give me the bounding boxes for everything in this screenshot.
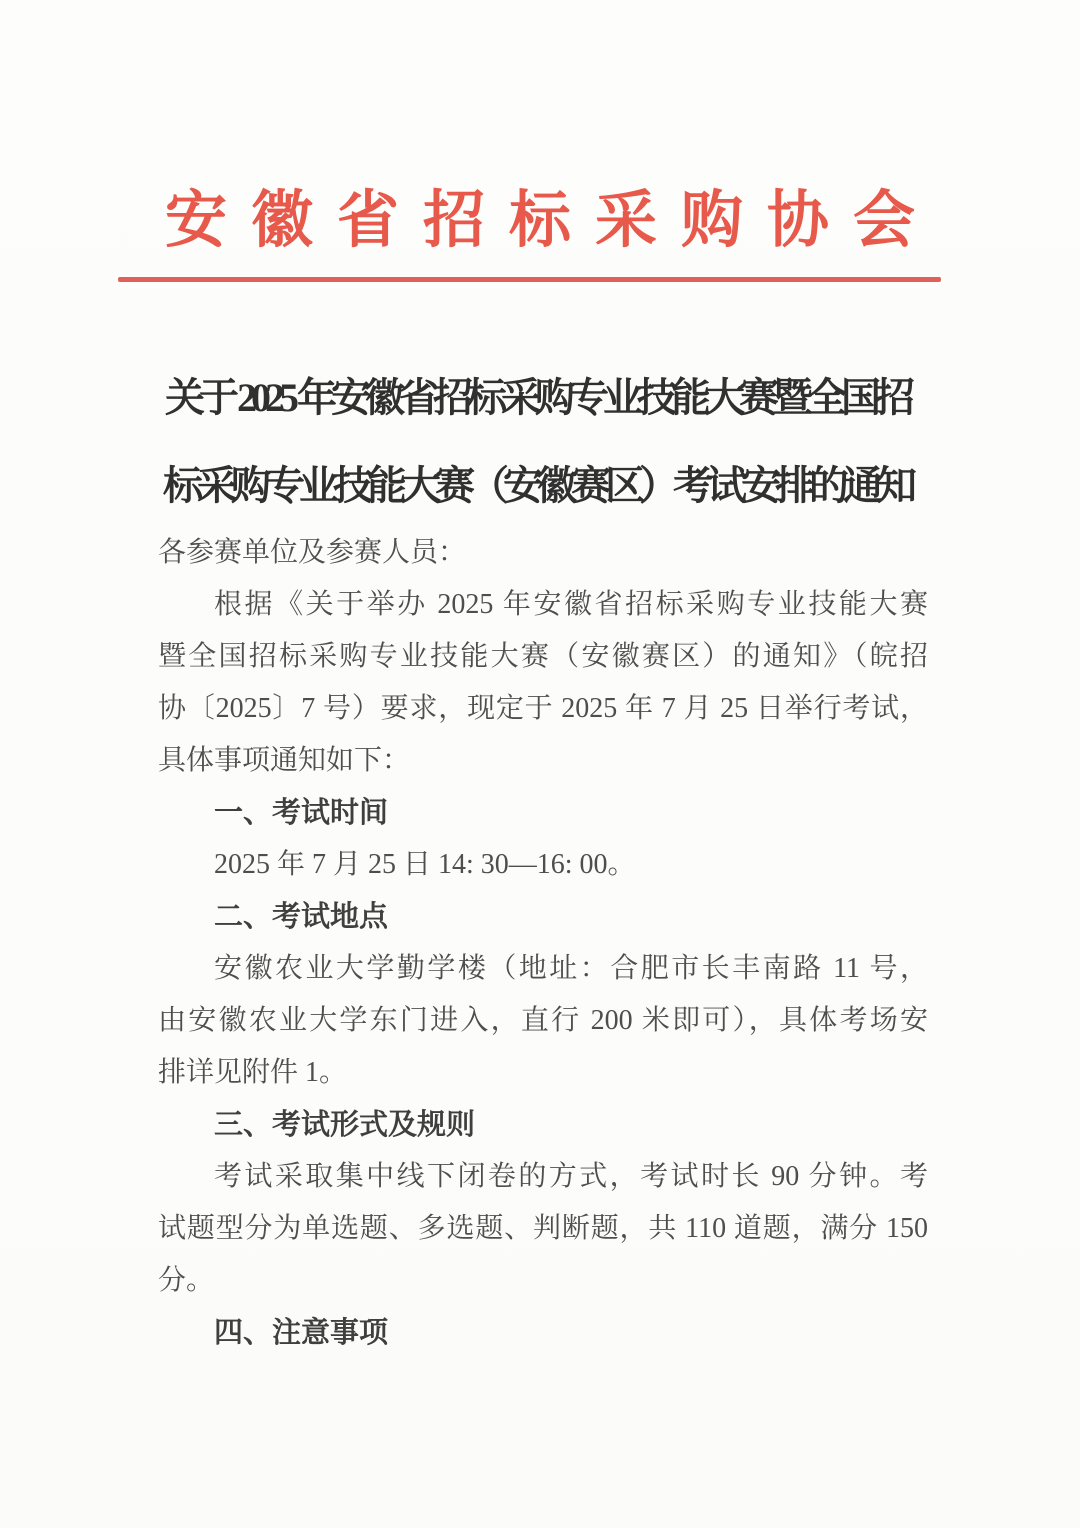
org-name-header: 安徽省招标采购协会 xyxy=(0,186,1080,256)
section-heading-exam-format: 三、考试形式及规则 xyxy=(158,1099,928,1151)
document-page: 安徽省招标采购协会 关于 2025 年安徽省招标采购专业技能大赛暨全国招 标采购… xyxy=(0,0,1080,1528)
body-line-exam-time-value: 2025 年 7 月 25 日 14: 30—16: 00。 xyxy=(158,839,928,891)
body-line: 排详见附件 1。 xyxy=(158,1047,928,1099)
salutation-line: 各参赛单位及参赛人员： xyxy=(158,527,928,579)
document-title: 关于 2025 年安徽省招标采购专业技能大赛暨全国招 标采购专业技能大赛（安徽赛… xyxy=(70,354,1010,530)
body-line: 试题型分为单选题、多选题、判断题，共 110 道题，满分 150 xyxy=(158,1203,928,1255)
header-rule xyxy=(118,277,941,282)
body-line: 具体事项通知如下： xyxy=(158,735,928,787)
body-line: 协〔2025〕7 号）要求，现定于 2025 年 7 月 25 日举行考试， xyxy=(158,683,928,735)
document-body: 各参赛单位及参赛人员： 根据《关于举办 2025 年安徽省招标采购专业技能大赛 … xyxy=(158,527,928,1359)
body-line: 暨全国招标采购专业技能大赛（安徽赛区）的通知》（皖招 xyxy=(158,631,928,683)
section-heading-notes: 四、注意事项 xyxy=(158,1307,928,1359)
body-line: 根据《关于举办 2025 年安徽省招标采购专业技能大赛 xyxy=(158,579,928,631)
body-line: 考试采取集中线下闭卷的方式，考试时长 90 分钟。考 xyxy=(158,1151,928,1203)
section-heading-exam-time: 一、考试时间 xyxy=(158,787,928,839)
body-line: 分。 xyxy=(158,1255,928,1307)
document-title-line-1: 关于 2025 年安徽省招标采购专业技能大赛暨全国招 xyxy=(70,354,1010,442)
body-line: 由安徽农业大学东门进入，直行 200 米即可），具体考场安 xyxy=(158,995,928,1047)
document-title-line-2: 标采购专业技能大赛（安徽赛区）考试安排的通知 xyxy=(70,442,1010,530)
body-line: 安徽农业大学勤学楼（地址：合肥市长丰南路 11 号， xyxy=(158,943,928,995)
section-heading-exam-location: 二、考试地点 xyxy=(158,891,928,943)
